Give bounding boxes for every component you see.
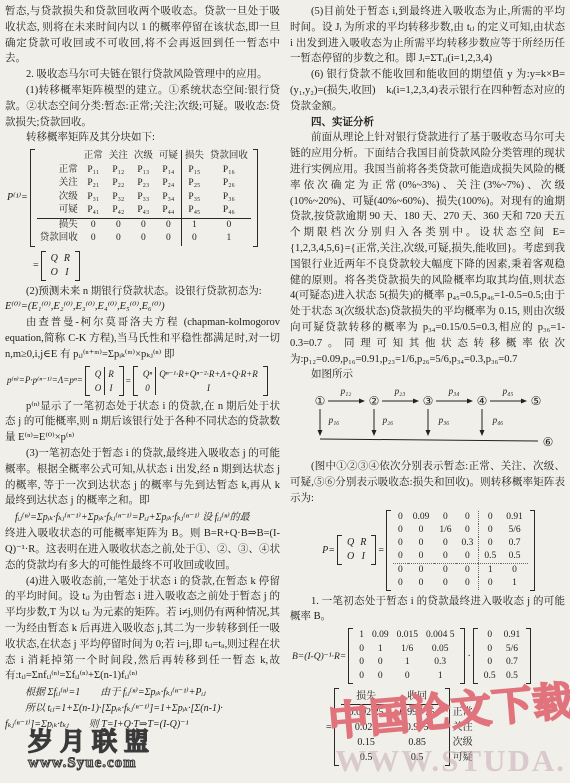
- edge-label-p46: p₄₆: [493, 415, 504, 425]
- edge-label-p23: p₂₃: [395, 386, 406, 396]
- para-ck-equation: 由查普曼-柯尔莫哥洛夫方程 (chapman-kolmogorov equati…: [5, 315, 280, 362]
- matrix-cell: 0: [456, 550, 478, 563]
- matrix-cell: 0: [81, 218, 106, 233]
- matrix-cell: R: [357, 536, 369, 550]
- matrix-cell: 0: [434, 537, 456, 550]
- matrix-cell: 0.5: [341, 750, 392, 765]
- matrix-cell: 损失: [181, 150, 207, 164]
- matrix-cell: 0.7: [500, 656, 525, 670]
- matrix-cell: 1: [478, 563, 501, 577]
- numeric-p-matrix-equation: P= QROI = 00.090000.91001/6005/60000.300…: [290, 509, 565, 592]
- matrix-cell: P₂₁: [81, 177, 106, 191]
- matrix-cell: 0.91: [500, 629, 525, 643]
- matrix-cell: P₂₂: [106, 177, 131, 191]
- matrix-cell: 0: [434, 550, 456, 563]
- edge-label-p36: p₃₆: [439, 415, 450, 425]
- para-mean-sojourn: (4)进入吸收态前,一笔处于状态 i 的贷款,在暂态 k 停留的平均时间。设 t…: [5, 574, 280, 685]
- matrix-grid: QROI: [344, 536, 369, 564]
- matrix-cell: I: [155, 381, 261, 395]
- state-node-1: ①: [315, 395, 326, 407]
- pn-expanded-matrix: QⁿQⁿ⁻¹·R+Qⁿ⁻²·R+Λ+Q·R+R0I: [133, 365, 268, 397]
- matrix-cell: 5/6: [500, 643, 525, 657]
- matrix-cell: 0: [501, 563, 528, 577]
- state-node-6: ⑥: [543, 436, 554, 448]
- state-node-4: ④: [477, 395, 488, 407]
- matrix-cell: 0.5: [478, 550, 501, 563]
- para-expected-value: (6) 银行贷款不能收回和能收回的期望值 y 为:y=k×B=(y₁,y₂)=(…: [290, 67, 565, 114]
- matrix-cell: P₁₄: [156, 164, 181, 178]
- matrix-cell: 0: [456, 511, 478, 524]
- matrix-cell: R: [104, 367, 117, 381]
- matrix-cell: O: [92, 381, 105, 395]
- matrix-cell: P₄₂: [106, 204, 131, 218]
- matrix-cell: I: [104, 381, 117, 395]
- para-model-setup: (1)转移概率矩阵模型的建立。①系统状态空间:银行贷款。②状态空间分类:暂态:正…: [5, 83, 280, 130]
- matrix-cell: 0: [140, 381, 155, 395]
- matrix-cell: 0.025: [341, 720, 392, 735]
- matrix-cell: 0.5: [501, 550, 528, 563]
- matrix-cell: 损失: [341, 689, 392, 705]
- matrix-cell: 0: [478, 537, 501, 550]
- t-derivation-formula: 所以 tᵢⱼ=1+Σ(n-1)·[Σpᵢₖ·fₖⱼ⁽ⁿ⁻¹⁾]=1+Σpᵢₖ·[…: [5, 701, 280, 716]
- matrix-cell: 0.975: [392, 720, 443, 735]
- para-b-matrix: 终进入吸收状态的可能概率矩阵为 B。则 B=R+Q·B⇒B=(I-Q)⁻¹·R。…: [5, 526, 280, 573]
- para-predict-n-period: (2)预测未来 n 期银行贷款状态。设银行贷款初态为:: [5, 284, 280, 300]
- matrix-cell: 0.91: [501, 511, 528, 524]
- para-see-figure: 如图所示: [290, 367, 565, 383]
- matrix-cell: 0: [106, 218, 131, 233]
- para-empirical-body: 前面从理论上针对银行贷款进行了基于吸收态马尔可夫链的应用分析。下面结合我国目前贷…: [290, 130, 565, 367]
- matrix-cell: 0.002 25: [341, 705, 392, 720]
- matrix-cell: 0: [478, 511, 501, 524]
- matrix-cell: 正常: [81, 150, 106, 164]
- matrix-cell: 0: [408, 537, 435, 550]
- f-recursion-formula: fᵢⱼ⁽ⁿ⁾=Σpᵢₖ·fₖⱼ⁽ⁿ⁻¹⁾+Σpᵢₖ·fₖⱼ⁽ⁿ⁻¹⁾=Pᵢⱼ+Σ…: [15, 510, 280, 525]
- row-label-normal: 正常: [453, 705, 473, 720]
- matrix-cell: 0: [434, 563, 456, 577]
- matrix-cell: O: [48, 266, 61, 280]
- matrix-cell: 关注: [37, 177, 81, 191]
- matrix-grid: 00.9105/600.70.50.5: [480, 629, 525, 683]
- matrix-cell: 0.15: [341, 735, 392, 750]
- matrix-cell: 0.004 5: [422, 629, 459, 643]
- row-label-substandard: 次级: [453, 735, 473, 750]
- matrix-cell: 0: [393, 511, 408, 524]
- p-equals: =: [376, 545, 386, 556]
- right-column: (5)目前处于暂态 i,到最终进入吸收态为止,所需的平均时间。设 Jᵢ 为所求的…: [290, 4, 565, 769]
- matrix-cell: 0: [81, 232, 106, 246]
- r-matrix: 00.9105/600.70.50.5: [473, 627, 532, 685]
- matrix-cell: 0.3: [422, 656, 459, 670]
- qr-matrix: QROI: [41, 250, 80, 282]
- matrix-cell: 0: [480, 643, 500, 657]
- pn-qr-matrix: QROI: [85, 365, 124, 397]
- matrix-cell: 0: [480, 629, 500, 643]
- matrix-cell: P₃₁: [81, 191, 106, 205]
- matrix-cell: P₃₂: [106, 191, 131, 205]
- para-absorption-probability: (3)一笔初态处于暂态 i 的贷款,最终进入吸收态 j 的可能概率。根据全概率公…: [5, 446, 280, 509]
- sum-identity-formula: 根据 Σfᵢⱼ⁽ⁿ⁾=1 由于 fᵢⱼ⁽ⁿ⁾=Σpᵢₖ·fₖⱼ⁽ⁿ⁻¹⁾+Pᵢⱼ: [5, 685, 280, 700]
- matrix-cell: 0: [434, 511, 456, 524]
- matrix-cell: 0.85: [392, 735, 443, 750]
- matrix-cell: 0: [408, 524, 435, 537]
- matrix-cell: 0: [456, 524, 478, 537]
- scanned-paper-page: 暂态,与贷款损失和贷款回收两个吸收态。贷款一旦处于吸收状态, 则将在未来时间内以…: [0, 0, 570, 783]
- matrix-cell: 1/6: [393, 643, 422, 657]
- matrix-cell: 0: [456, 577, 478, 590]
- matrix-cell: 0: [355, 656, 368, 670]
- matrix-cell: I: [61, 266, 73, 280]
- dot-operator: ·: [465, 651, 472, 662]
- matrix-cell: 0: [393, 550, 408, 563]
- matrix-cell: 0.7: [501, 537, 528, 550]
- matrix-cell: 0: [368, 656, 393, 670]
- p-qr-matrix: QROI: [337, 534, 376, 566]
- matrix-cell: 0: [207, 218, 251, 233]
- result-matrix: 损失收回0.002 250.997 750.0250.9750.150.850.…: [334, 687, 450, 767]
- matrix-cell: 0.015: [393, 629, 422, 643]
- matrix-cell: 1/6: [434, 524, 456, 537]
- matrix-cell: 0: [355, 670, 368, 684]
- matrix-cell: P₁₁: [81, 164, 106, 178]
- matrix-cell: 0: [408, 563, 435, 577]
- matrix-cell: 0: [156, 232, 181, 246]
- matrix-cell: 0: [156, 218, 181, 233]
- matrix-cell: 0.5: [480, 670, 500, 684]
- para-b-probability: 1. 一笔初态处于暂态 i 的贷款最终进入吸收态 j 的可能概率 B。: [290, 594, 565, 626]
- matrix-cell: P₁₂: [106, 164, 131, 178]
- matrix-cell: 0: [393, 577, 408, 590]
- para-absorbing-states: 暂态,与贷款损失和贷款回收两个吸收态。贷款一旦处于吸收状态, 则将在未来时间内以…: [5, 4, 280, 67]
- left-column: 暂态,与贷款损失和贷款回收两个吸收态。贷款一旦处于吸收状态, 则将在未来时间内以…: [5, 4, 280, 769]
- matrix-cell: 0: [355, 643, 368, 657]
- matrix-cell: 0.09: [408, 511, 435, 524]
- p-numeric-matrix: 00.090000.91001/6005/60000.300.700000.50…: [386, 509, 535, 592]
- pn-prefix: p⁽ⁿ⁾=P·p⁽ⁿ⁻¹⁾=Λ=pⁿ=: [5, 375, 85, 386]
- matrix-cell: 0: [393, 524, 408, 537]
- matrix-cell: [37, 150, 81, 164]
- initial-state-formula: E⁽⁰⁾=(E₁⁽⁰⁾,E₂⁽⁰⁾,E₃⁽⁰⁾,E₄⁽⁰⁾,E₅⁽⁰⁾,E₆⁽⁰…: [5, 299, 280, 315]
- matrix-cell: 0.05: [422, 643, 459, 657]
- matrix-grid: 10.090.0150.004 5011/60.050010.30001: [355, 629, 458, 683]
- matrix-cell: 0: [131, 218, 156, 233]
- pn-equals: =: [124, 376, 133, 386]
- state-node-5: ⑤: [531, 395, 542, 407]
- matrix-grid: 00.090000.91001/6005/60000.300.700000.50…: [393, 511, 528, 590]
- para-pn-meaning: p⁽ⁿ⁾显示了一笔初态处于状态 i 的贷款,在 n 期后处于状态 j 的可能概率…: [5, 399, 280, 446]
- matrix-cell: P₃₆: [207, 191, 251, 205]
- matrix-cell: 0: [456, 563, 478, 577]
- p1-label: P⁽¹⁾=: [5, 192, 30, 203]
- matrix-cell: P₁₃: [131, 164, 156, 178]
- matrix-cell: 0.997 75: [392, 705, 443, 720]
- state-transition-diagram: ① ② ③ ④ ⑤ ⑥ p₁₂ p₂₃ p₃₄ p₄₅ p₁₆ p₂₆ p₃₆ …: [298, 385, 562, 457]
- matrix-cell: P₁₆: [207, 164, 251, 178]
- matrix-cell: P₄₄: [156, 204, 181, 218]
- matrix-cell: 0: [434, 577, 456, 590]
- t-result-formula: fₖⱼ⁽ⁿ⁻¹⁾]=Σpᵢₖ·tₖⱼ 则 T=I+Q·T⇒T=(I-Q)⁻¹: [5, 717, 280, 732]
- matrix-cell: P₁₅: [181, 164, 207, 178]
- result-row-labels: 正常 关注 次级 可疑: [453, 705, 473, 765]
- matrix-cell: P₂₃: [131, 177, 156, 191]
- matrix-cell: 0: [478, 577, 501, 590]
- b-result-equation: = 损失收回0.002 250.997 750.0250.9750.150.85…: [324, 687, 565, 767]
- matrix-grid: QROI: [92, 367, 117, 395]
- b-label: B=(I-Q)⁻¹·R=: [290, 651, 348, 662]
- result-equals: =: [324, 722, 334, 733]
- matrix-cell: Qⁿ⁻¹·R+Qⁿ⁻²·R+Λ+Q·R+R: [155, 367, 261, 381]
- para-matrix-intro: 转移概率矩阵及其分块如下:: [5, 130, 280, 146]
- matrix-grid: QROI: [48, 252, 73, 280]
- matrix-cell: P₂₅: [181, 177, 207, 191]
- matrix-cell: R: [61, 252, 73, 266]
- matrix-cell: 损失: [37, 218, 81, 233]
- edge-label-p16: p₁₆: [329, 415, 340, 425]
- qr-block-equation: = QROI: [31, 250, 280, 282]
- edge-label-p12: p₁₂: [341, 386, 352, 396]
- matrix-cell: P₂₆: [207, 177, 251, 191]
- heading-empirical-analysis: 四、实证分析: [290, 115, 565, 131]
- matrix-cell: P₄₁: [81, 204, 106, 218]
- state-node-2: ②: [369, 395, 380, 407]
- edge-label-p45: p₄₅: [503, 386, 514, 396]
- matrix-cell: P₄₃: [131, 204, 156, 218]
- matrix-cell: 0: [181, 232, 207, 246]
- qr-equals: =: [31, 260, 41, 271]
- matrix-cell: 贷款回收: [37, 232, 81, 246]
- matrix-cell: Q: [92, 367, 105, 381]
- matrix-cell: 1: [393, 656, 422, 670]
- para-mean-time: (5)目前处于暂态 i,到最终进入吸收态为止,所需的平均时间。设 Jᵢ 为所求的…: [290, 4, 565, 67]
- matrix-cell: O: [344, 550, 357, 564]
- p-label: P=: [320, 545, 337, 556]
- matrix-cell: 0: [408, 550, 435, 563]
- matrix-cell: P₃₅: [181, 191, 207, 205]
- matrix-cell: 0: [393, 537, 408, 550]
- matrix-cell: P₃₃: [131, 191, 156, 205]
- para-figure-legend: (图中①②③④依次分别表示暂态:正常、关注、次级、可疑,⑤⑥分别表示吸收态:损失…: [290, 459, 565, 506]
- matrix-cell: 0: [478, 524, 501, 537]
- matrix-grid: 正常关注次级可疑损失贷款回收正常P₁₁P₁₂P₁₃P₁₄P₁₅P₁₆关注P₂₁P…: [37, 150, 251, 246]
- matrix-cell: 收回: [392, 689, 443, 705]
- matrix-cell: 0.5: [500, 670, 525, 684]
- matrix-cell: 1: [501, 577, 528, 590]
- matrix-cell: Qⁿ: [140, 367, 155, 381]
- matrix-cell: 1: [355, 629, 368, 643]
- matrix-cell: 贷款回收: [207, 150, 251, 164]
- matrix-grid: QⁿQⁿ⁻¹·R+Qⁿ⁻²·R+Λ+Q·R+R0I: [140, 367, 261, 395]
- matrix-cell: 可疑: [37, 204, 81, 218]
- matrix-cell: Q: [344, 536, 357, 550]
- matrix-cell: Q: [48, 252, 61, 266]
- matrix-cell: 5/6: [501, 524, 528, 537]
- matrix-cell: 1: [422, 670, 459, 684]
- matrix-cell: 0: [408, 577, 435, 590]
- matrix-cell: 1: [181, 218, 207, 233]
- inverse-iq-matrix: 10.090.0150.004 5011/60.050010.30001: [348, 627, 465, 685]
- matrix-cell: 1: [368, 643, 393, 657]
- p1-matrix: 正常关注次级可疑损失贷款回收正常P₁₁P₁₂P₁₃P₁₄P₁₅P₁₆关注P₂₁P…: [30, 148, 258, 248]
- matrix-cell: 可疑: [156, 150, 181, 164]
- matrix-cell: P₄₆: [207, 204, 251, 218]
- matrix-cell: 0.3: [456, 537, 478, 550]
- matrix-cell: 0: [480, 656, 500, 670]
- matrix-cell: 次级: [37, 191, 81, 205]
- matrix-cell: 关注: [106, 150, 131, 164]
- edge-label-p34: p₃₄: [449, 386, 460, 396]
- matrix-cell: P₂₄: [156, 177, 181, 191]
- matrix-grid: 损失收回0.002 250.997 750.0250.9750.150.850.…: [341, 689, 443, 765]
- matrix-cell: 0: [131, 232, 156, 246]
- row-label-doubtful: 可疑: [453, 750, 473, 765]
- matrix-cell: 0.5: [392, 750, 443, 765]
- edge-label-p26: p₂₆: [383, 415, 394, 425]
- matrix-cell: I: [357, 550, 369, 564]
- para-section2-title: 2. 吸收态马尔可夫链在银行贷款风险管理中的应用。: [5, 67, 280, 83]
- matrix-cell: 次级: [131, 150, 156, 164]
- matrix-cell: P₃₄: [156, 191, 181, 205]
- matrix-cell: 0: [393, 563, 408, 577]
- two-column-layout: 暂态,与贷款损失和贷款回收两个吸收态。贷款一旦处于吸收状态, 则将在未来时间内以…: [0, 0, 570, 769]
- matrix-cell: P₄₅: [181, 204, 207, 218]
- matrix-cell: 0.09: [368, 629, 393, 643]
- matrix-cell: 1: [207, 232, 251, 246]
- state-node-3: ③: [423, 395, 434, 407]
- row-label-attention: 关注: [453, 720, 473, 735]
- matrix-cell: 0: [368, 670, 393, 684]
- transition-matrix-p1-equation: P⁽¹⁾= 正常关注次级可疑损失贷款回收正常P₁₁P₁₂P₁₃P₁₄P₁₅P₁₆…: [5, 148, 280, 248]
- matrix-cell: 0: [393, 670, 422, 684]
- matrix-cell: 正常: [37, 164, 81, 178]
- pn-power-equation: p⁽ⁿ⁾=P·p⁽ⁿ⁻¹⁾=Λ=pⁿ= QROI = QⁿQⁿ⁻¹·R+Qⁿ⁻²…: [5, 365, 280, 397]
- b-computation-equation: B=(I-Q)⁻¹·R= 10.090.0150.004 5011/60.050…: [290, 627, 565, 685]
- matrix-cell: 0: [106, 232, 131, 246]
